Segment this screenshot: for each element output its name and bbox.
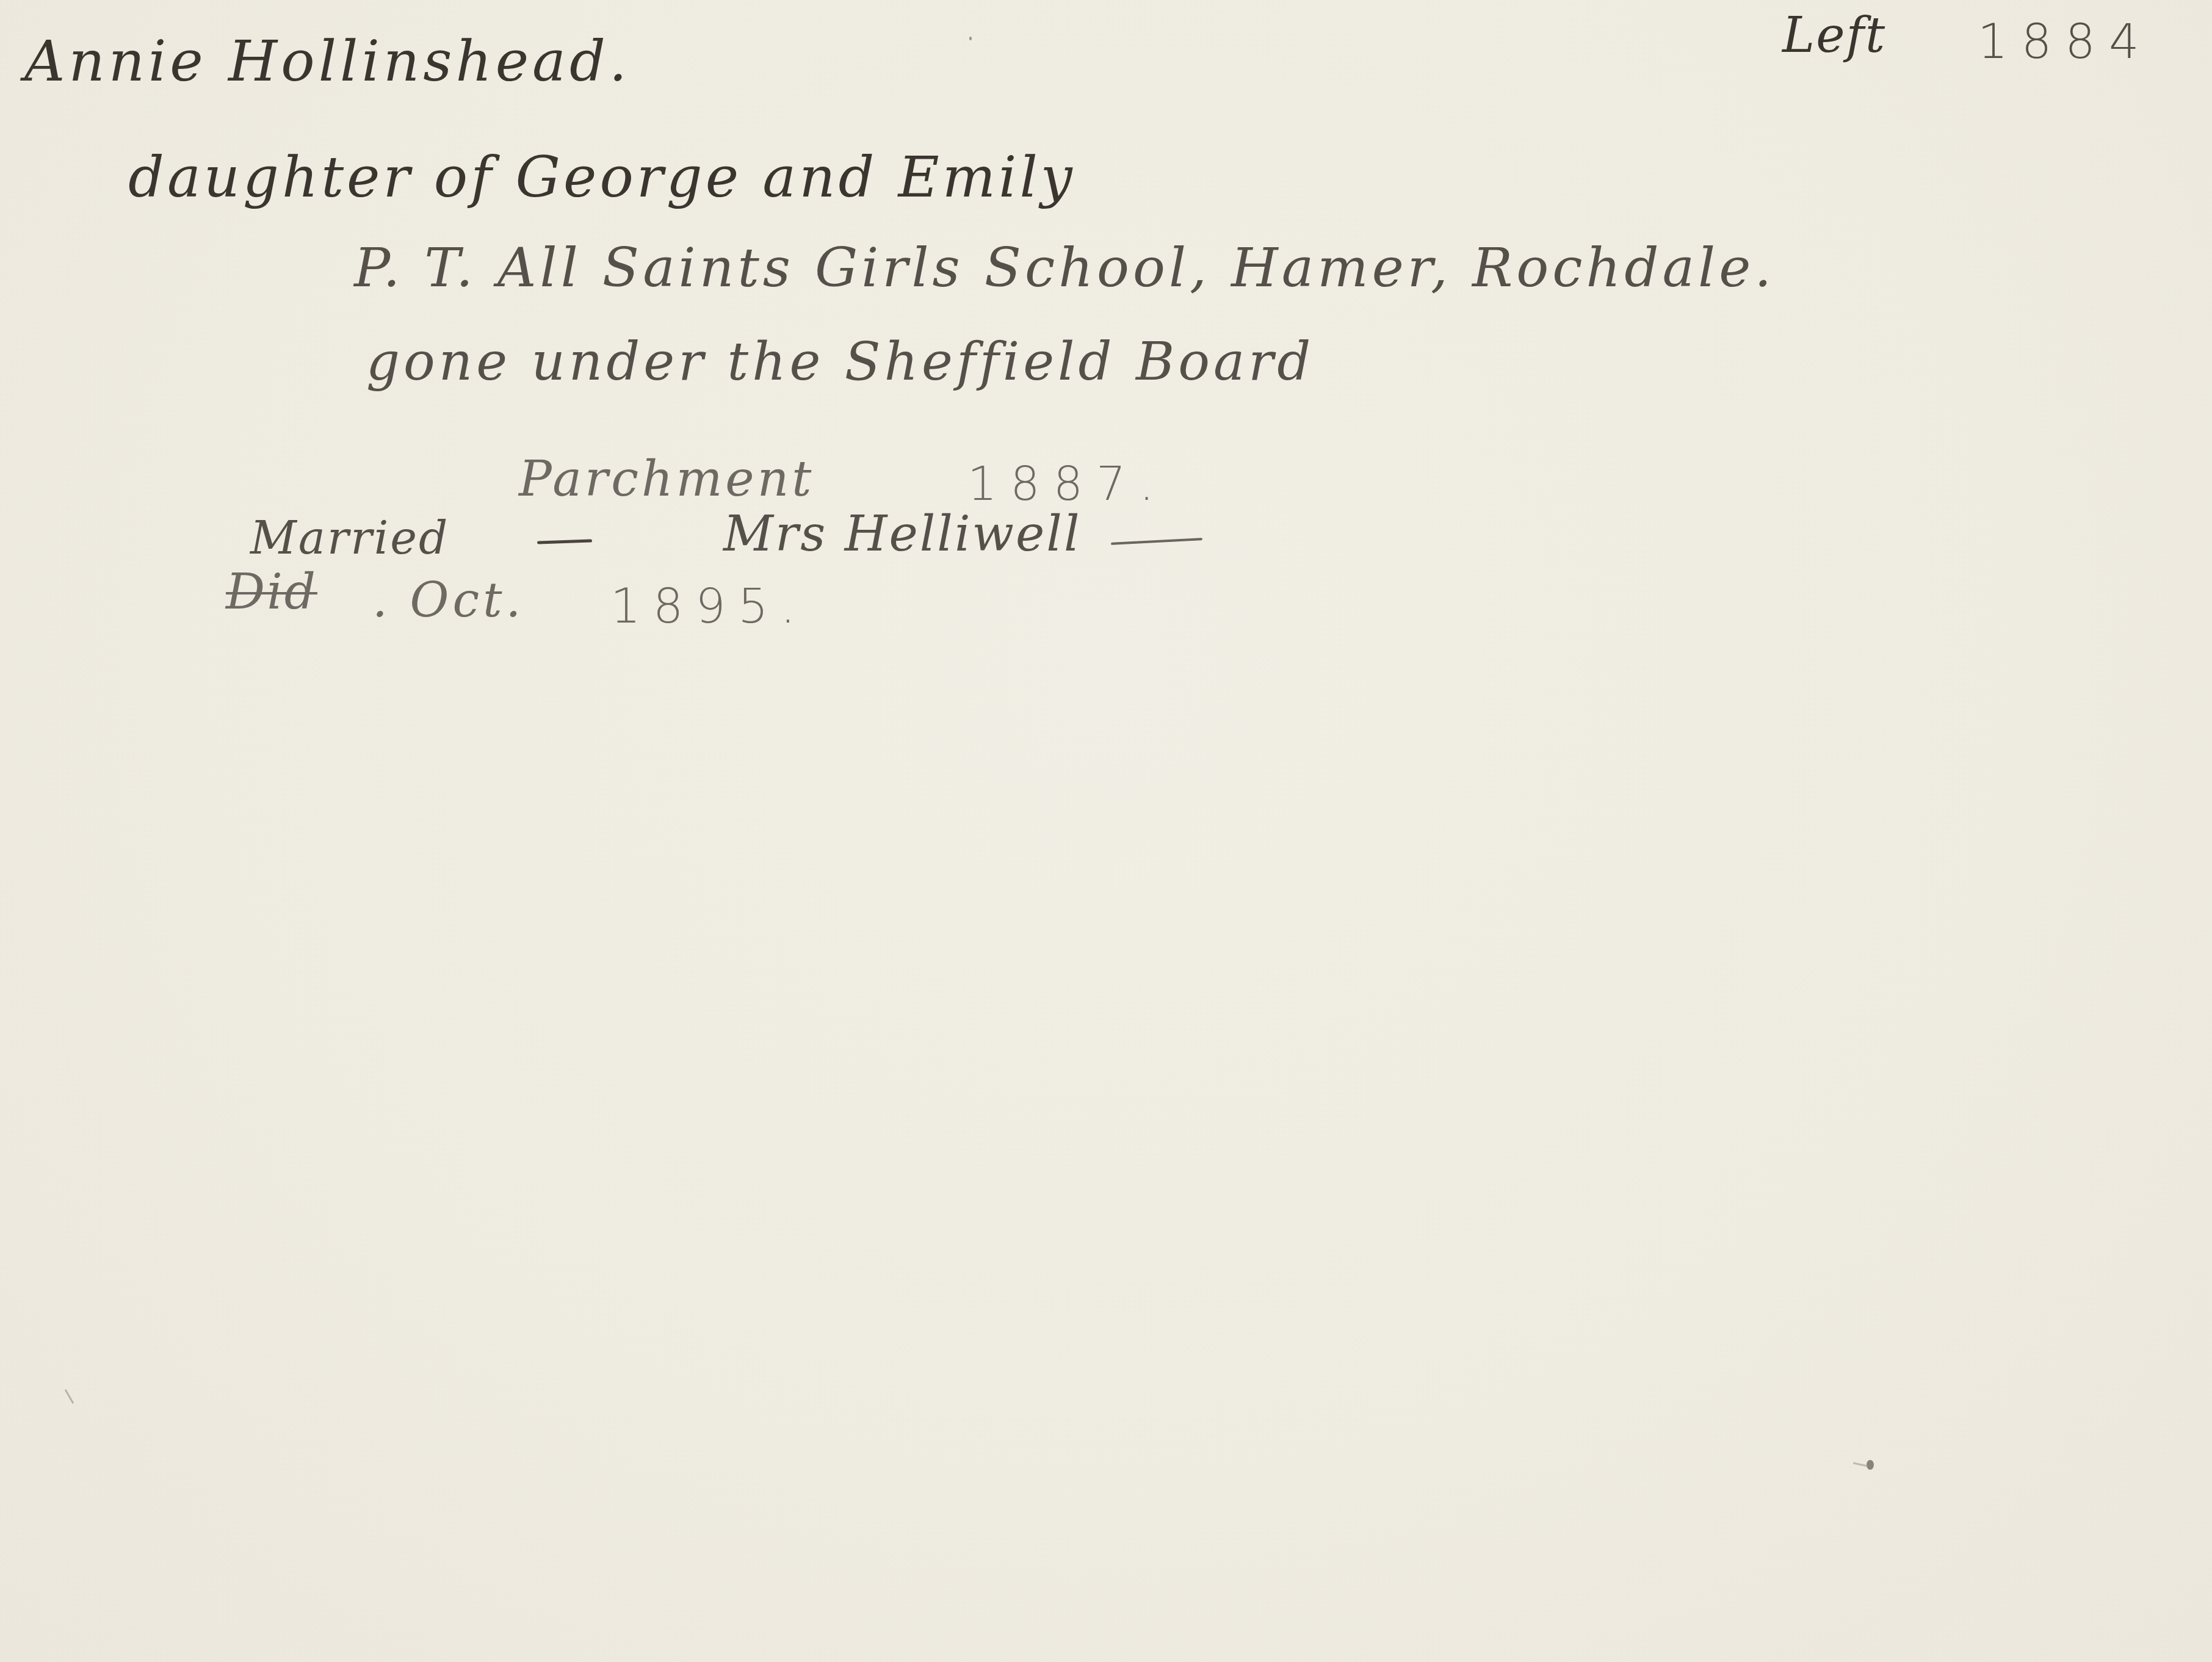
- parentage-line: daughter of George and Emily: [128, 150, 1075, 206]
- ink-speck-mark: [1867, 1460, 1874, 1470]
- left-year: 1884: [1978, 18, 2153, 66]
- school-line: P. T. All Saints Girls School, Hamer, Ro…: [354, 241, 1775, 295]
- left-label: Left: [1782, 11, 1886, 60]
- married-dash-divider: [537, 539, 592, 544]
- paper-scratch-mark: [65, 1389, 74, 1404]
- parchment-label: Parchment: [519, 455, 814, 504]
- died-month: . Oct.: [372, 577, 524, 624]
- parchment-year: 1887.: [967, 461, 1168, 507]
- register-page: Annie Hollinshead. Left 1884 daughter of…: [0, 0, 2212, 1662]
- married-name: Mrs Helliwell: [723, 510, 1082, 558]
- died-year: 1895.: [610, 583, 808, 630]
- person-name: Annie Hollinshead.: [24, 34, 631, 90]
- paper-dot-mark: [969, 37, 972, 40]
- board-line: gone under the Sheffield Board: [366, 336, 1314, 388]
- married-label: Married: [250, 516, 449, 561]
- married-trailing-dash-divider: [1111, 538, 1202, 545]
- died-label-struck: Did: [226, 568, 317, 616]
